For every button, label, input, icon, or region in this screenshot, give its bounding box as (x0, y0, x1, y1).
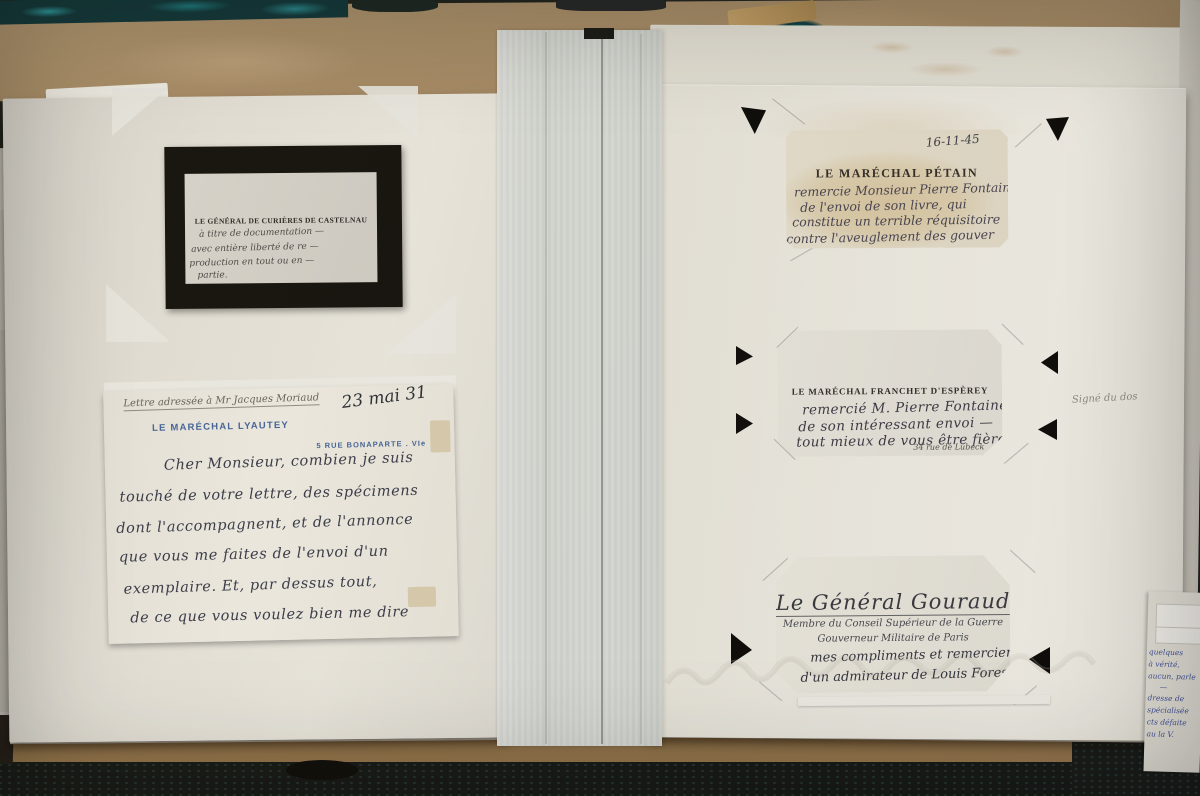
petain-card: 16-11-45 LE MARÉCHAL PÉTAIN remercie Mon… (786, 129, 1009, 248)
spine-cloth-strip (497, 30, 662, 746)
handwriting-line: touché de votre lettre, des spécimens (119, 483, 418, 506)
handwriting-fragment: — (1160, 683, 1168, 692)
handwriting-fragment: à vérité, (1148, 659, 1180, 669)
handwriting-fragment: au la V. (1146, 729, 1174, 739)
card-back-outline (1155, 603, 1200, 644)
handwriting-fragment: quelques (1149, 647, 1184, 657)
handwriting-line: remercie Monsieur Pierre Fontaine (794, 179, 1018, 199)
franchet-card: LE MARÉCHAL FRANCHET D'ESPÈREY remercié … (778, 329, 1003, 457)
pencil-annotation: Lettre adressée à Mr Jacques Moriaud (123, 392, 319, 411)
dark-paint-patch (556, 0, 666, 11)
binding-slot (584, 28, 614, 39)
cloth-crease (545, 32, 547, 744)
franchet-card-title: LE MARÉCHAL FRANCHET D'ESPÈREY (778, 385, 1002, 397)
cloth-crease (601, 32, 603, 744)
handwriting-fragment: dresse de (1147, 693, 1184, 703)
lyautey-card-address: 5 RUE BONAPARTE . VIe (316, 439, 426, 450)
handwritten-date: 23 mai 31 (340, 382, 428, 413)
gouraud-card-title-text: Le Général Gouraud (776, 589, 1011, 617)
castelnau-card-title: LE GÉNÉRAL DE CURIÈRES DE CASTELNAU (185, 215, 377, 226)
cloth-crease (640, 34, 642, 744)
handwriting-line: avec entière liberté de re — (191, 242, 319, 255)
album-photo: LE GÉNÉRAL DE CURIÈRES DE CASTELNAU à ti… (0, 0, 1200, 796)
handwritten-date: 16-11-45 (925, 132, 980, 150)
tape-piece (408, 587, 436, 608)
dark-paint-patch (352, 0, 438, 12)
handwriting-line: Cher Monsieur, combien je suis (164, 450, 414, 474)
gouraud-card-subtitle: Membre du Conseil Supérieur de la Guerre (776, 617, 1010, 630)
handwriting-fragment: aucun, parle (1148, 671, 1196, 681)
handwriting-line: à titre de documentation — (199, 227, 324, 240)
handwriting-line: partie. (197, 270, 227, 280)
lyautey-card-title: LE MARÉCHAL LYAUTEY (152, 420, 289, 434)
castelnau-black-mount: LE GÉNÉRAL DE CURIÈRES DE CASTELNAU à ti… (164, 145, 402, 309)
embossed-writing-impression (662, 648, 1162, 708)
handwriting-line: de ce que vous voulez bien me dire (130, 604, 409, 626)
petain-card-title: LE MARÉCHAL PÉTAIN (786, 165, 1008, 181)
handwriting-line: production en tout ou en — (189, 256, 314, 269)
handwriting-line: contre l'aveuglement des gouver (786, 227, 994, 247)
handwriting-line: que vous me faites de l'envoi d'un (119, 544, 389, 566)
dark-blob (286, 760, 358, 780)
side-page-sliver: quelques à vérité, aucun, parle — dresse… (1143, 591, 1200, 772)
lyautey-card: Lettre adressée à Mr Jacques Moriaud 23 … (103, 384, 459, 644)
handwriting-fragment: cts défaite (1147, 717, 1187, 727)
dark-cover-bottom (0, 762, 1200, 796)
handwriting-fragment: spécialisée (1147, 705, 1189, 715)
tape-piece (430, 420, 451, 452)
castelnau-card: LE GÉNÉRAL DE CURIÈRES DE CASTELNAU à ti… (185, 172, 378, 284)
handwriting-line: dont l'accompagnent, et de l'annonce (116, 512, 413, 537)
franchet-card-address: 34 rue de Lübeck (913, 442, 984, 451)
handwriting-line: exemplaire. Et, par dessus tout, (123, 574, 377, 598)
gouraud-card-subtitle: Gouverneur Militaire de Paris (776, 632, 1010, 645)
gouraud-card-title: Le Général Gouraud (776, 589, 1010, 615)
